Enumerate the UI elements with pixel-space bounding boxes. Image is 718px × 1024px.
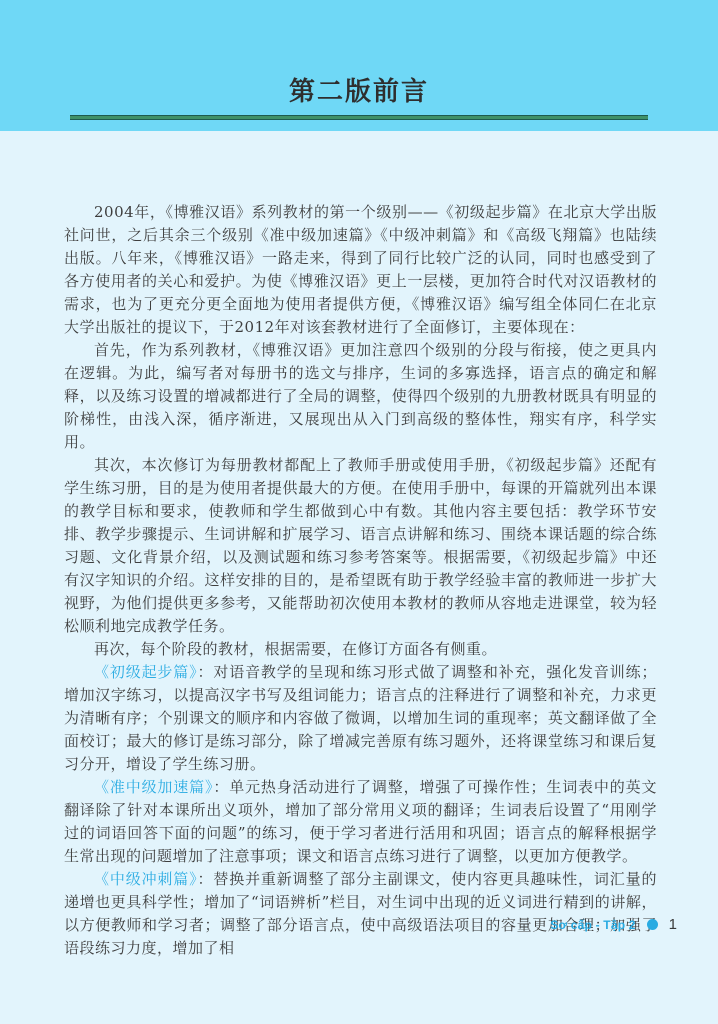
page-header: 第二版前言 bbox=[0, 0, 718, 131]
preface-paragraph: 再次，每个阶段的教材，根据需要，在修订方面各有侧重。 bbox=[64, 638, 657, 661]
page-number: 1 bbox=[669, 916, 677, 933]
book-title-highlight: 《准中级加速篇》 bbox=[94, 778, 213, 796]
book-title-highlight: 《初级起步篇》 bbox=[94, 663, 198, 681]
page-title: 第二版前言 bbox=[0, 78, 718, 104]
book-page: 第二版前言 2004年，《博雅汉语》系列教材的第一个级别——《初级起步篇》在北京… bbox=[0, 0, 718, 1024]
title-divider bbox=[70, 115, 648, 120]
preface-paragraph: 《中级冲刺篇》：替换并重新调整了部分主副课文，使内容更具趣味性，词汇量的递增也更… bbox=[64, 868, 657, 960]
preface-paragraph: 首先，作为系列教材，《博雅汉语》更加注意四个级别的分段与衔接，使之更具内在逻辑。… bbox=[64, 339, 657, 454]
preface-paragraph: 《准中级加速篇》：单元热身活动进行了调整，增强了可操作性；生词表中的英文翻译除了… bbox=[64, 776, 657, 868]
page-footer: Sơ cấp - Tập 2 1 bbox=[550, 916, 677, 933]
bullet-dot-icon bbox=[647, 919, 658, 930]
preface-paragraph: 《初级起步篇》：对语音教学的呈现和练习形式做了调整和补充，强化发音训练；增加汉字… bbox=[64, 661, 657, 776]
preface-body: 2004年，《博雅汉语》系列教材的第一个级别——《初级起步篇》在北京大学出版社问… bbox=[0, 131, 718, 960]
preface-paragraph: 其次，本次修订为每册教材都配上了教师手册或使用手册，《初级起步篇》还配有学生练习… bbox=[64, 454, 657, 638]
book-title-highlight: 《中级冲刺篇》 bbox=[94, 870, 198, 888]
series-label: Sơ cấp - Tập 2 bbox=[550, 918, 635, 932]
preface-paragraph: 2004年，《博雅汉语》系列教材的第一个级别——《初级起步篇》在北京大学出版社问… bbox=[64, 201, 657, 339]
